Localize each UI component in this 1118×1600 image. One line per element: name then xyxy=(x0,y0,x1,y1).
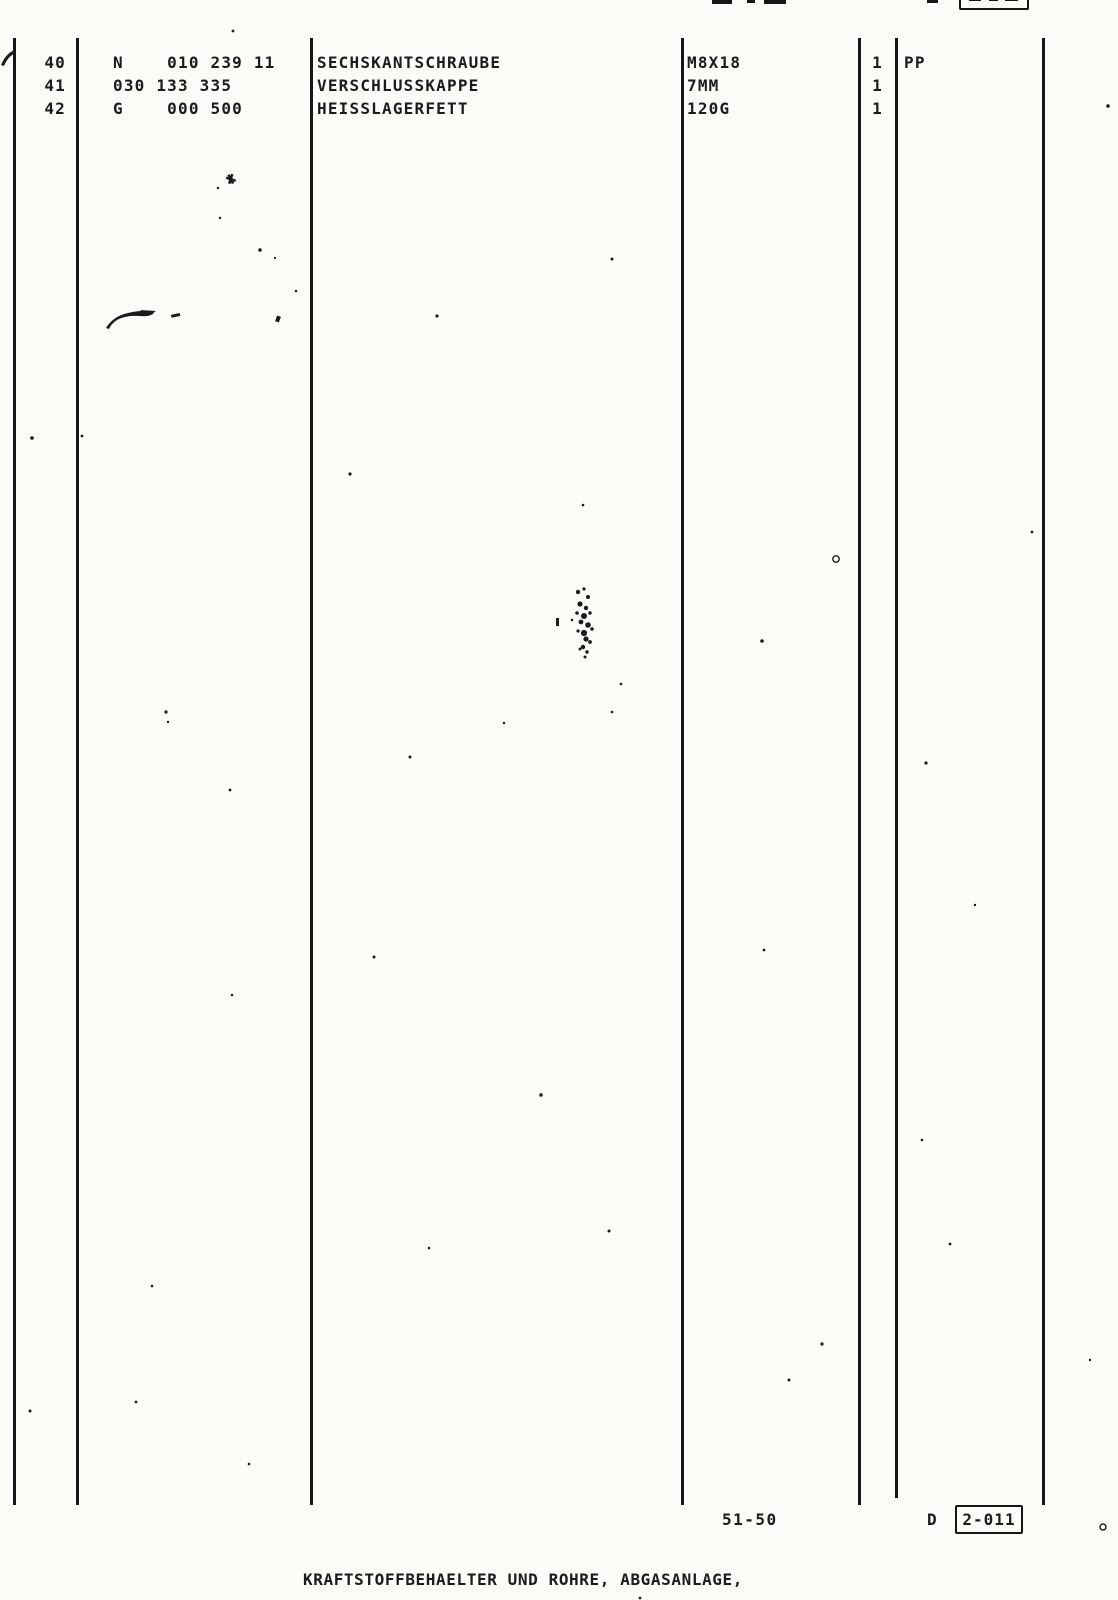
table-row: 41 030 133 335 VERSCHLUSSKAPPE 7MM 1 xyxy=(0,74,1118,97)
column-rule-quantity xyxy=(895,38,898,1498)
row-part-number: G 000 500 xyxy=(113,97,243,120)
column-rule-dimension xyxy=(858,38,861,1505)
footer-section-letter: D xyxy=(927,1510,938,1529)
footer-page-ref: 51-50 xyxy=(722,1510,778,1529)
parts-table: 40 N 010 239 11 SECHSKANTSCHRAUBE M8X18 … xyxy=(0,51,1118,120)
row-part-number: 030 133 335 xyxy=(113,74,232,97)
top-clipped-text-mark xyxy=(747,0,755,3)
row-dimension: 7MM xyxy=(687,74,720,97)
row-position-number: 42 xyxy=(40,97,66,120)
row-position-number: 40 xyxy=(40,51,66,74)
row-quantity: 1 xyxy=(860,51,894,74)
top-clipped-text-mark xyxy=(764,0,786,4)
footer-sheet-code-box: 2-011 xyxy=(955,1505,1023,1534)
table-row: 42 G 000 500 HEISSLAGERFETT 120G 1 xyxy=(0,97,1118,120)
table-row: 40 N 010 239 11 SECHSKANTSCHRAUBE M8X18 … xyxy=(0,51,1118,74)
top-clipped-sheet-box xyxy=(959,0,1029,10)
row-part-number: N 010 239 11 xyxy=(113,51,276,74)
row-quantity: 1 xyxy=(860,74,894,97)
catalog-page: 40 N 010 239 11 SECHSKANTSCHRAUBE M8X18 … xyxy=(0,0,1118,1600)
row-description: SECHSKANTSCHRAUBE xyxy=(317,51,501,74)
row-dimension: M8X18 xyxy=(687,51,741,74)
row-position-number: 41 xyxy=(40,74,66,97)
row-dimension: 120G xyxy=(687,97,730,120)
row-description: HEISSLAGERFETT xyxy=(317,97,469,120)
column-rule-left-edge xyxy=(13,38,16,1505)
row-quantity: 1 xyxy=(860,97,894,120)
column-rule-right-edge xyxy=(1042,38,1045,1505)
row-description: VERSCHLUSSKAPPE xyxy=(317,74,480,97)
scan-artifacts xyxy=(0,0,1118,1600)
row-remark: PP xyxy=(904,51,926,74)
page-title: KRAFTSTOFFBEHAELTER UND ROHRE, ABGASANLA… xyxy=(303,1570,743,1589)
column-rule-position xyxy=(76,38,79,1505)
top-clipped-text-mark xyxy=(712,0,732,4)
top-clipped-text-mark xyxy=(927,0,938,3)
column-rule-partnumber xyxy=(310,38,313,1505)
column-rule-description xyxy=(681,38,684,1505)
